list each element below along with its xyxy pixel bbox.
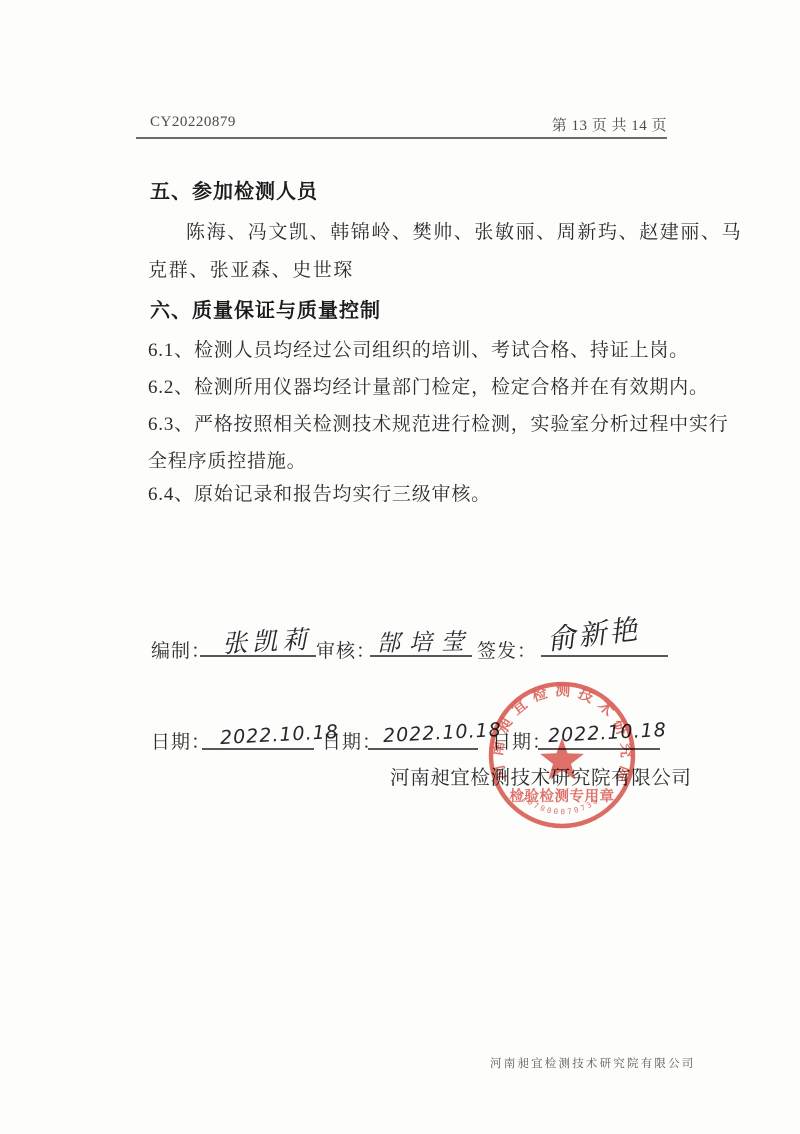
stamp-star-icon xyxy=(540,738,584,780)
prepared-by-label: 编制： xyxy=(151,636,211,663)
date-line-2 xyxy=(368,748,478,750)
issued-by-signature: 俞新艳 xyxy=(545,607,642,658)
reviewed-by-label: 审核： xyxy=(316,636,376,663)
header-divider xyxy=(136,137,667,139)
issued-by-label: 签发： xyxy=(477,636,537,663)
reviewed-by-signature: 郜培莹 xyxy=(377,623,474,658)
prepared-by-signature: 张凯莉 xyxy=(221,620,313,661)
section6-item-4: 6.4、原始记录和报告均实行三级审核。 xyxy=(148,479,665,506)
personnel-names-line1: 陈海、冯文凯、韩锦岭、樊帅、张敏丽、周新玙、赵建丽、马 xyxy=(148,217,703,244)
date-line-1 xyxy=(202,748,314,750)
svg-text:河南昶宜检测技术研究院有限公司: 河南昶宜检测技术研究院有限公司 xyxy=(484,677,636,791)
section5-title: 五、参加检测人员 xyxy=(150,175,318,204)
personnel-names-line2: 克群、张亚森、史世琛 xyxy=(148,255,665,282)
section6-title: 六、质量保证与质量控制 xyxy=(150,294,381,323)
company-seal-stamp: 河南昶宜检测技术研究院有限公司 检验检测专用章 4107000070736 xyxy=(484,677,640,833)
stamp-arc-text: 河南昶宜检测技术研究院有限公司 xyxy=(484,677,636,791)
section6-item-2: 6.2、检测所用仪器均经计量部门检定，检定合格并在有效期内。 xyxy=(148,372,665,399)
footer-company-name: 河南昶宜检测技术研究院有限公司 xyxy=(490,1055,696,1071)
document-page: CY20220879 第 13 页 共 14 页 五、参加检测人员 陈海、冯文凯… xyxy=(0,0,800,1134)
document-number: CY20220879 xyxy=(150,114,236,135)
section6-item-1: 6.1、检测人员均经过公司组织的培训、考试合格、持证上岗。 xyxy=(148,335,665,362)
page-header: CY20220879 第 13 页 共 14 页 xyxy=(150,114,667,135)
section6-item-3-line1: 6.3、严格按照相关检测技术规范进行检测，实验室分析过程中实行 xyxy=(148,409,665,436)
page-number-info: 第 13 页 共 14 页 xyxy=(552,114,667,135)
section6-item-3-line2: 全程序质控措施。 xyxy=(148,446,665,473)
